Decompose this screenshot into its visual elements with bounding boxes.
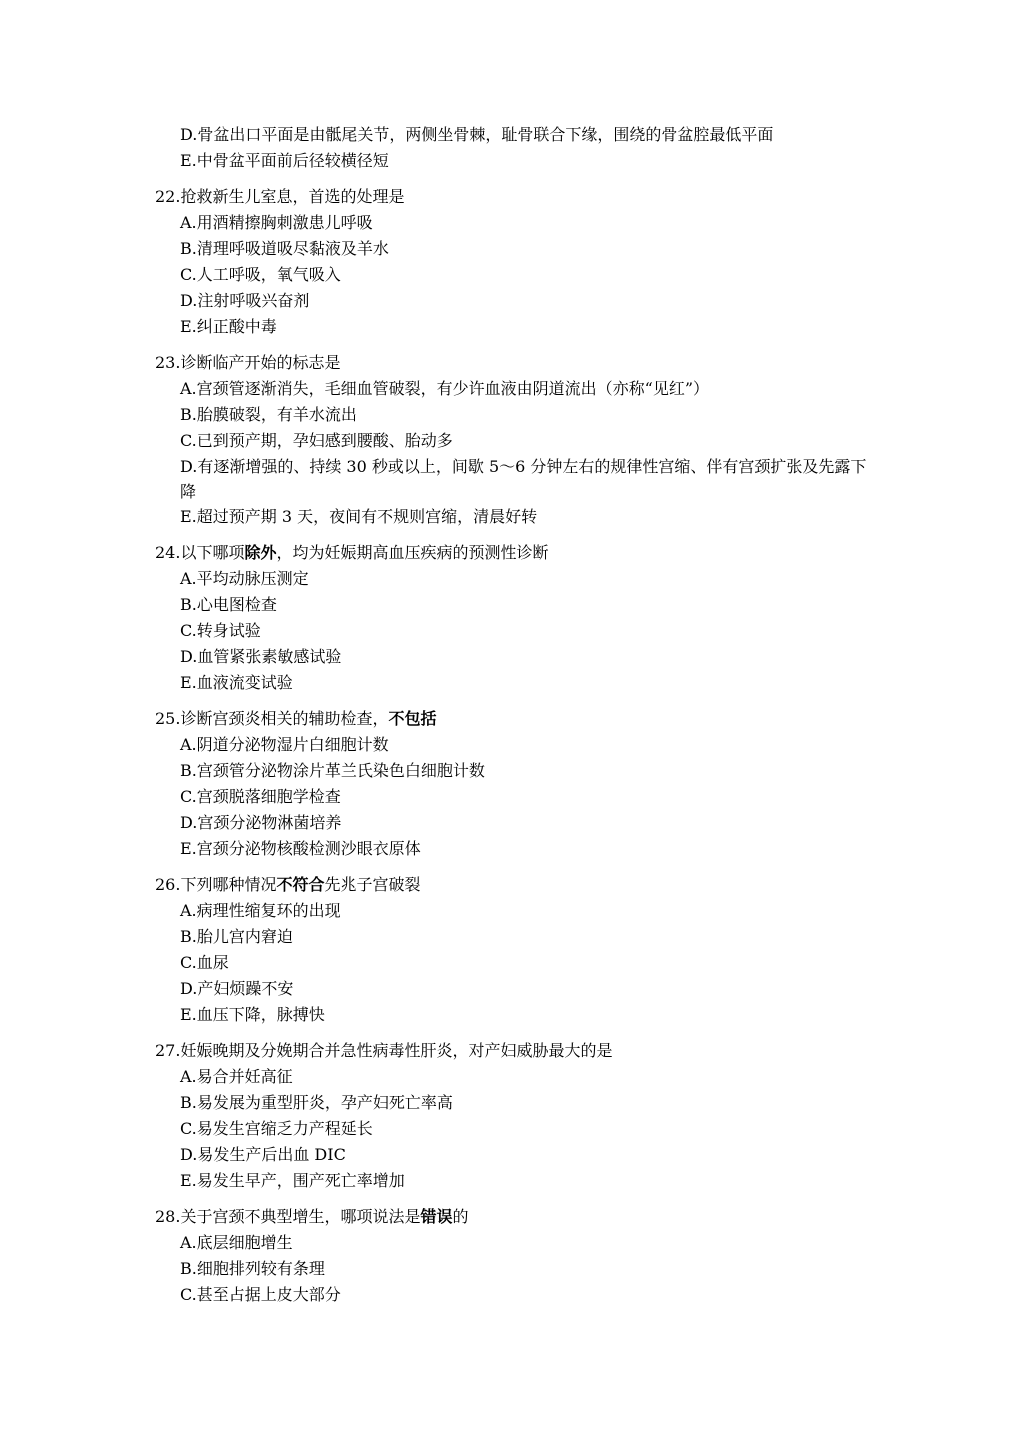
option-label: A. (180, 569, 197, 588)
stem-emphasis: 不包括 (388, 709, 436, 728)
option-label: C. (180, 431, 197, 450)
option-label: A. (180, 735, 197, 754)
option-text: 宫颈管逐渐消失，毛细血管破裂，有少许血液由阴道流出（亦称“见红”） (197, 379, 709, 398)
question-22: 22.抢救新生儿室息，首选的处理是 A.用酒精擦胸刺激患儿呼吸 B.清理呼吸道吸… (155, 184, 870, 340)
option-text: 用酒精擦胸刺激患儿呼吸 (197, 213, 373, 232)
question-25: 25.诊断宫颈炎相关的辅助检查，不包括 A.阴道分泌物湿片白细胞计数 B.宫颈管… (155, 706, 870, 862)
option-d: D.血管紧张素敏感试验 (155, 644, 870, 670)
option-text: 易合并妊高征 (197, 1067, 293, 1086)
stem-text: 以下哪项 (180, 543, 244, 562)
option-b: B.宫颈管分泌物涂片革兰氏染色白细胞计数 (155, 758, 870, 784)
option-c: C.转身试验 (155, 618, 870, 644)
option-a: A.阴道分泌物湿片白细胞计数 (155, 732, 870, 758)
option-label: A. (180, 901, 197, 920)
option-d: D.易发生产后出血 DIC (155, 1142, 870, 1168)
question-28: 28.关于宫颈不典型增生，哪项说法是错误的 A.底层细胞增生 B.细胞排列较有条… (155, 1204, 870, 1308)
option-c: C.宫颈脱落细胞学检查 (155, 784, 870, 810)
option-label: D. (180, 647, 197, 666)
option-label: D. (180, 291, 197, 310)
question-26: 26.下列哪种情况不符合先兆子宫破裂 A.病理性缩复环的出现 B.胎儿宫内窘迫 … (155, 872, 870, 1028)
option-text: 宫颈分泌物淋菌培养 (197, 813, 341, 832)
option-b: B.胎儿宫内窘迫 (155, 924, 870, 950)
option-text: 胎儿宫内窘迫 (197, 927, 293, 946)
option-b: B.细胞排列较有条理 (155, 1256, 870, 1282)
option-text: 转身试验 (197, 621, 261, 640)
option-e: E.中骨盆平面前后径较横径短 (155, 148, 870, 174)
option-a: A.病理性缩复环的出现 (155, 898, 870, 924)
option-a: A.平均动脉压测定 (155, 566, 870, 592)
option-text: 胎膜破裂，有羊水流出 (197, 405, 357, 424)
option-c: C.易发生宫缩乏力产程延长 (155, 1116, 870, 1142)
option-d: D.有逐渐增强的、持续 30 秒或以上，间歇 5～6 分钟左右的规律性宫缩、伴有… (155, 454, 870, 504)
stem-emphasis: 不符合 (276, 875, 324, 894)
stem-text: 妊娠晚期及分娩期合并急性病毒性肝炎，对产妇威胁最大的是 (180, 1041, 612, 1060)
option-label: D. (180, 457, 197, 476)
option-text: 宫颈分泌物核酸检测沙眼衣原体 (197, 839, 421, 858)
option-text: 血压下降，脉搏快 (197, 1005, 325, 1024)
option-label: B. (180, 927, 197, 946)
option-e: E.超过预产期 3 天，夜间有不规则宫缩，清晨好转 (155, 504, 870, 530)
question-number: 24. (155, 543, 180, 562)
option-label: E. (180, 317, 197, 336)
option-label: D. (180, 813, 197, 832)
question-stem: 23.诊断临产开始的标志是 (155, 350, 870, 376)
option-text: 宫颈管分泌物涂片革兰氏染色白细胞计数 (197, 761, 485, 780)
question-stem: 26.下列哪种情况不符合先兆子宫破裂 (155, 872, 870, 898)
option-text: 病理性缩复环的出现 (197, 901, 341, 920)
option-e: E.易发生早产，围产死亡率增加 (155, 1168, 870, 1194)
option-text: 人工呼吸，氧气吸入 (197, 265, 341, 284)
option-label: E. (180, 1171, 197, 1190)
option-text: 宫颈脱落细胞学检查 (197, 787, 341, 806)
option-text: 纠正酸中毒 (197, 317, 277, 336)
option-b: B.心电图检查 (155, 592, 870, 618)
question-stem: 27.妊娠晚期及分娩期合并急性病毒性肝炎，对产妇威胁最大的是 (155, 1038, 870, 1064)
option-b: B.胎膜破裂，有羊水流出 (155, 402, 870, 428)
option-label: B. (180, 405, 197, 424)
question-stem: 22.抢救新生儿室息，首选的处理是 (155, 184, 870, 210)
option-a: A.用酒精擦胸刺激患儿呼吸 (155, 210, 870, 236)
option-label: B. (180, 1093, 197, 1112)
question-number: 25. (155, 709, 180, 728)
option-text: 易发生早产，围产死亡率增加 (197, 1171, 405, 1190)
option-d: D.骨盆出口平面是由骶尾关节，两侧坐骨棘，耻骨联合下缘，围绕的骨盆腔最低平面 (155, 122, 870, 148)
option-label: C. (180, 1285, 197, 1304)
option-text: 有逐渐增强的、持续 30 秒或以上，间歇 5～6 分钟左右的规律性宫缩、伴有宫颈… (180, 457, 866, 501)
question-27: 27.妊娠晚期及分娩期合并急性病毒性肝炎，对产妇威胁最大的是 A.易合并妊高征 … (155, 1038, 870, 1194)
option-label: B. (180, 1259, 197, 1278)
option-c: C.甚至占据上皮大部分 (155, 1282, 870, 1308)
option-label: B. (180, 595, 197, 614)
stem-text: 关于宫颈不典型增生，哪项说法是 (180, 1207, 420, 1226)
option-label: A. (180, 1233, 197, 1252)
option-c: C.已到预产期，孕妇感到腰酸、胎动多 (155, 428, 870, 454)
question-number: 23. (155, 353, 180, 372)
option-label: B. (180, 761, 197, 780)
option-label: A. (180, 213, 197, 232)
option-label: E. (180, 507, 197, 526)
stem-text: 诊断临产开始的标志是 (180, 353, 340, 372)
option-e: E.血液流变试验 (155, 670, 870, 696)
question-stem: 25.诊断宫颈炎相关的辅助检查，不包括 (155, 706, 870, 732)
option-text: 底层细胞增生 (197, 1233, 293, 1252)
option-text: 易发生宫缩乏力产程延长 (197, 1119, 373, 1138)
option-e: E.血压下降，脉搏快 (155, 1002, 870, 1028)
option-c: C.人工呼吸，氧气吸入 (155, 262, 870, 288)
option-label: A. (180, 1067, 197, 1086)
question-23: 23.诊断临产开始的标志是 A.宫颈管逐渐消失，毛细血管破裂，有少许血液由阴道流… (155, 350, 870, 530)
option-text: 清理呼吸道吸尽黏液及羊水 (197, 239, 389, 258)
option-label: D. (180, 1145, 197, 1164)
stem-text: 抢救新生儿室息，首选的处理是 (180, 187, 404, 206)
option-text: 产妇烦躁不安 (197, 979, 293, 998)
question-number: 26. (155, 875, 180, 894)
question-number: 22. (155, 187, 180, 206)
option-label: E. (180, 673, 197, 692)
option-text: 甚至占据上皮大部分 (197, 1285, 341, 1304)
option-text: 注射呼吸兴奋剂 (197, 291, 309, 310)
option-text: 阴道分泌物湿片白细胞计数 (197, 735, 389, 754)
stem-emphasis: 错误 (420, 1207, 452, 1226)
option-d: D.宫颈分泌物淋菌培养 (155, 810, 870, 836)
option-e: E.宫颈分泌物核酸检测沙眼衣原体 (155, 836, 870, 862)
option-label: C. (180, 953, 197, 972)
stem-emphasis: 除外 (244, 543, 276, 562)
option-a: A.易合并妊高征 (155, 1064, 870, 1090)
option-label: C. (180, 621, 197, 640)
option-label: E. (180, 151, 197, 170)
question-number: 28. (155, 1207, 180, 1226)
stem-text-after: ，均为妊娠期高血压疾病的预测性诊断 (276, 543, 548, 562)
option-label: E. (180, 839, 197, 858)
option-label: C. (180, 265, 197, 284)
option-text: 易发生产后出血 DIC (197, 1145, 345, 1164)
document-page: D.骨盆出口平面是由骶尾关节，两侧坐骨棘，耻骨联合下缘，围绕的骨盆腔最低平面 E… (155, 122, 870, 1318)
option-text: 易发展为重型肝炎，孕产妇死亡率高 (197, 1093, 453, 1112)
stem-text: 下列哪种情况 (180, 875, 276, 894)
option-text: 超过预产期 3 天，夜间有不规则宫缩，清晨好转 (197, 507, 537, 526)
stem-text-after: 先兆子宫破裂 (324, 875, 420, 894)
option-label: C. (180, 787, 197, 806)
option-d: D.注射呼吸兴奋剂 (155, 288, 870, 314)
question-stem: 24.以下哪项除外，均为妊娠期高血压疾病的预测性诊断 (155, 540, 870, 566)
question-21-continued: D.骨盆出口平面是由骶尾关节，两侧坐骨棘，耻骨联合下缘，围绕的骨盆腔最低平面 E… (155, 122, 870, 174)
option-label: B. (180, 239, 197, 258)
option-label: E. (180, 1005, 197, 1024)
option-text: 血管紧张素敏感试验 (197, 647, 341, 666)
option-label: A. (180, 379, 197, 398)
option-text: 血尿 (197, 953, 229, 972)
option-a: A.宫颈管逐渐消失，毛细血管破裂，有少许血液由阴道流出（亦称“见红”） (155, 376, 870, 402)
question-number: 27. (155, 1041, 180, 1060)
question-stem: 28.关于宫颈不典型增生，哪项说法是错误的 (155, 1204, 870, 1230)
stem-text-after: 的 (452, 1207, 468, 1226)
option-b: B.易发展为重型肝炎，孕产妇死亡率高 (155, 1090, 870, 1116)
option-b: B.清理呼吸道吸尽黏液及羊水 (155, 236, 870, 262)
option-e: E.纠正酸中毒 (155, 314, 870, 340)
option-text: 心电图检查 (197, 595, 277, 614)
option-label: D. (180, 979, 197, 998)
question-24: 24.以下哪项除外，均为妊娠期高血压疾病的预测性诊断 A.平均动脉压测定 B.心… (155, 540, 870, 696)
option-label: C. (180, 1119, 197, 1138)
option-text: 骨盆出口平面是由骶尾关节，两侧坐骨棘，耻骨联合下缘，围绕的骨盆腔最低平面 (197, 125, 773, 144)
option-c: C.血尿 (155, 950, 870, 976)
option-text: 中骨盆平面前后径较横径短 (197, 151, 389, 170)
option-text: 血液流变试验 (197, 673, 293, 692)
option-text: 已到预产期，孕妇感到腰酸、胎动多 (197, 431, 453, 450)
stem-text: 诊断宫颈炎相关的辅助检查， (180, 709, 388, 728)
option-label: D. (180, 125, 197, 144)
option-d: D.产妇烦躁不安 (155, 976, 870, 1002)
option-text: 平均动脉压测定 (197, 569, 309, 588)
option-a: A.底层细胞增生 (155, 1230, 870, 1256)
option-text: 细胞排列较有条理 (197, 1259, 325, 1278)
